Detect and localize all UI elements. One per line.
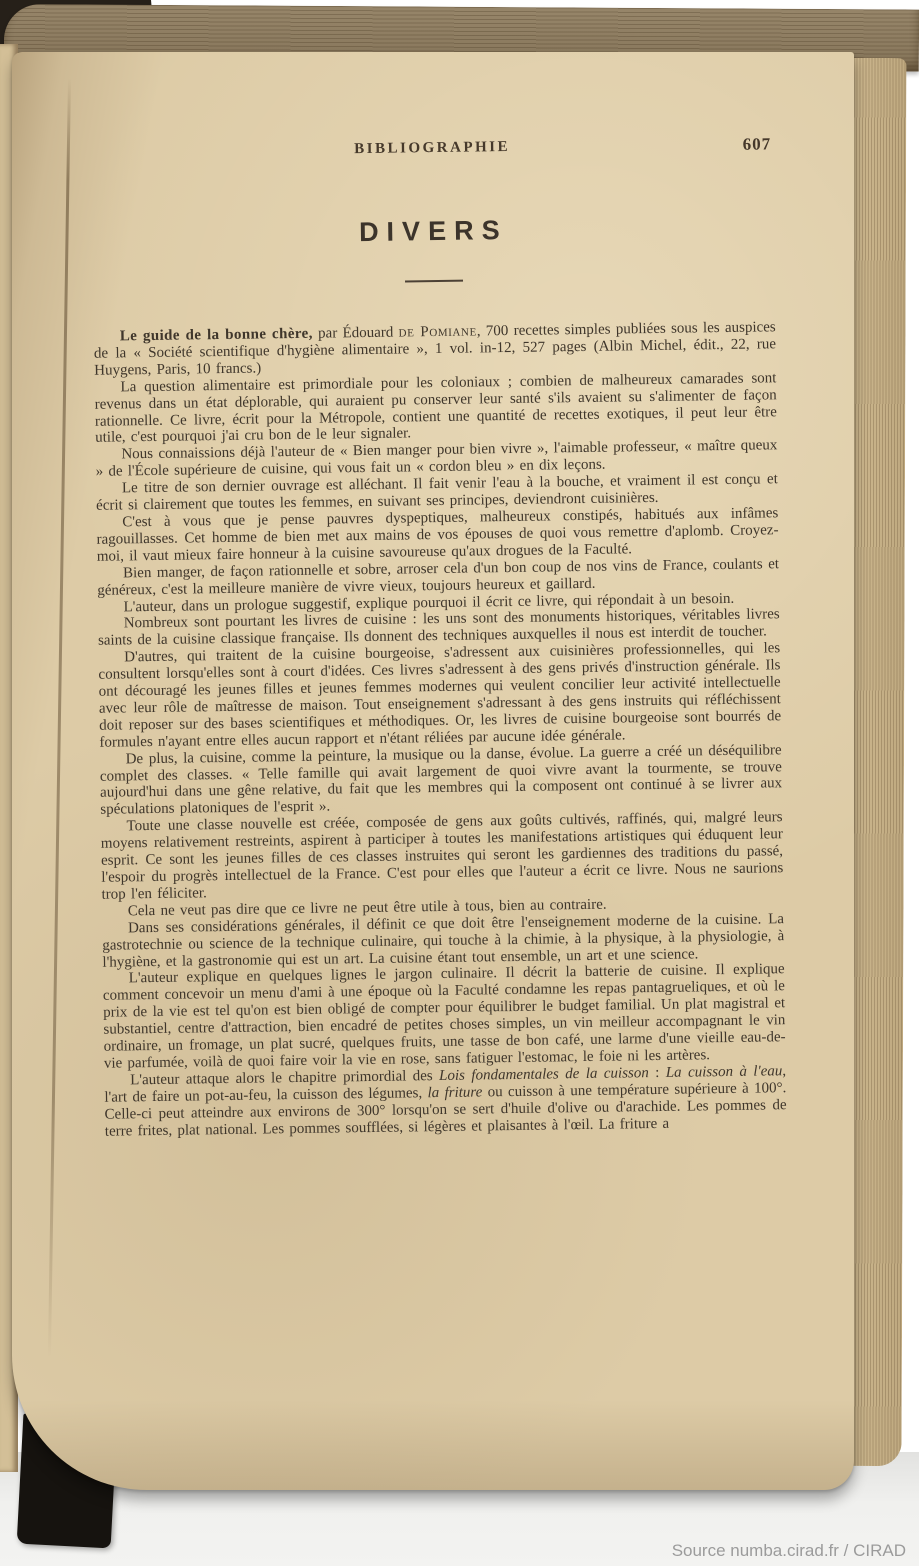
body-text: Le guide de la bonne chère, par Édouard … bbox=[94, 319, 787, 1140]
scanned-book-page: BIBLIOGRAPHIE 607 DIVERS Le guide de la … bbox=[0, 0, 919, 1566]
section-title: DIVERS bbox=[92, 211, 774, 252]
paragraph: La question alimentaire est primordiale … bbox=[94, 370, 777, 447]
page-number: 607 bbox=[743, 134, 772, 154]
paragraph: D'autres, qui traitent de la cuisine bou… bbox=[98, 640, 781, 751]
paragraph: L'auteur attaque alors le chapitre primo… bbox=[104, 1063, 787, 1140]
page-gutter-crease bbox=[48, 78, 71, 1358]
paragraph: L'auteur explique en quelques lignes le … bbox=[103, 962, 786, 1073]
paragraph: Toute une classe nouvelle est créée, com… bbox=[100, 810, 783, 904]
book-fore-edge bbox=[846, 58, 907, 1466]
section-divider-rule bbox=[405, 280, 463, 283]
paragraph: De plus, la cuisine, comme la peinture, … bbox=[100, 742, 783, 819]
source-attribution: Source numba.cirad.fr / CIRAD bbox=[672, 1541, 906, 1561]
printed-content: BIBLIOGRAPHIE 607 DIVERS Le guide de la … bbox=[91, 135, 787, 1140]
